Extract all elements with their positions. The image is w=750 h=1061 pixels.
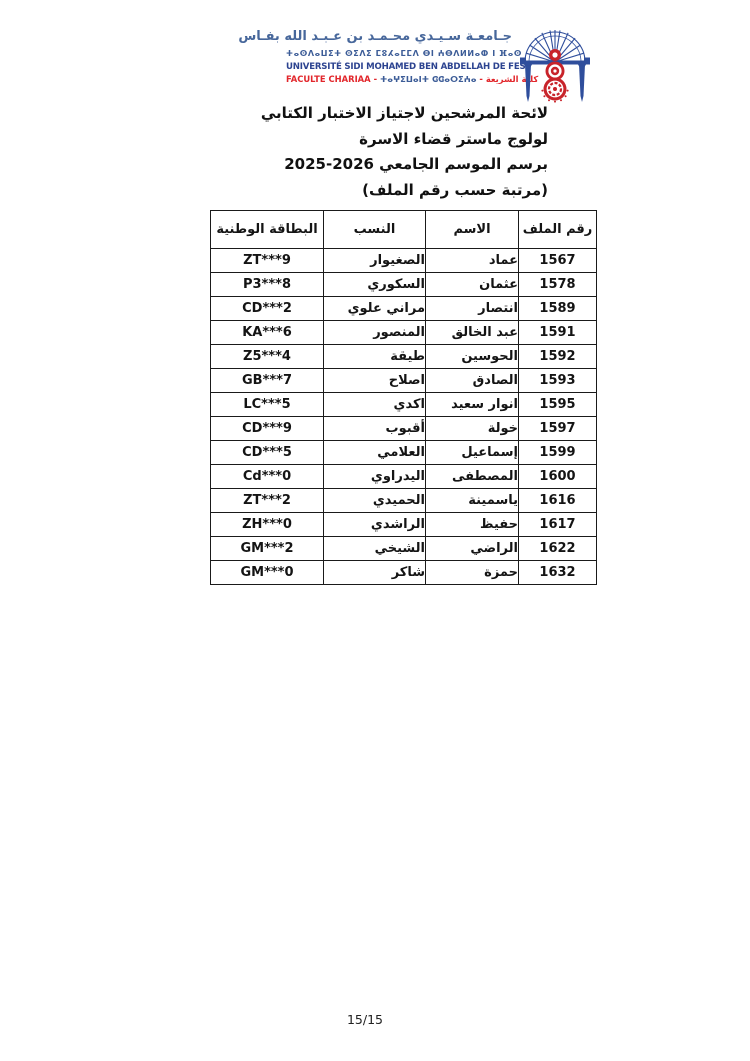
first-name-cell: المصطفى [426,465,519,489]
first-name-cell: الصادق [426,369,519,393]
national-id-cell: LC***5 [211,393,324,417]
last-name-cell: مراني علوي [324,297,426,321]
title-line-2: لولوج ماستر قضاء الاسرة [261,127,548,153]
university-name-french: UNIVERSITÉ SIDI MOHAMED BEN ABDELLAH DE … [286,62,512,73]
document-title-block: لائحة المرشحين لاجتياز الاختبار الكتابي … [261,101,548,204]
table-row: 1578عثمانالسكوريP3***8 [211,273,597,297]
table-header-row: رقم الملف الاسم النسب البطاقة الوطنية [211,211,597,249]
file-number-cell: 1616 [519,489,597,513]
file-number-cell: 1578 [519,273,597,297]
table-row: 1593الصادقاصلاحGB***7 [211,369,597,393]
national-id-cell: GM***2 [211,537,324,561]
first-name-cell: حمزة [426,561,519,585]
last-name-cell: السكوري [324,273,426,297]
first-name-cell: الحوسين [426,345,519,369]
file-number-cell: 1622 [519,537,597,561]
university-emblem-icon [516,26,594,104]
document-page: جـامعـة سـيـدي محـمـد بن عـبـد الله بفـا… [0,0,750,1061]
university-logo [516,26,594,104]
file-number-cell: 1593 [519,369,597,393]
file-number-cell: 1597 [519,417,597,441]
first-name-cell: إسماعيل [426,441,519,465]
title-line-4: (مرتبة حسب رقم الملف) [261,178,548,204]
university-name-tifinagh: ⵜⴰⵙⴷⴰⵡⵉⵜ ⵙⵉⴷⵉ ⵎⵓⵃⴰⵎⵎⴷ ⴱⵏ ⵄⴱⴷⵍⵍⴰⵀ ⵏ ⴼⴰⵙ [286,49,512,59]
national-id-cell: ZH***0 [211,513,324,537]
table-row: 1617حفيظالراشديZH***0 [211,513,597,537]
national-id-cell: CD***5 [211,441,324,465]
first-name-cell: انتصار [426,297,519,321]
last-name-cell: الصغيوار [324,249,426,273]
first-name-cell: خولة [426,417,519,441]
title-line-3: برسم الموسم الجامعي 2026-2025 [261,152,548,178]
table-row: 1597خولةأقبوبCD***9 [211,417,597,441]
file-number-cell: 1567 [519,249,597,273]
first-name-cell: عثمان [426,273,519,297]
last-name-cell: المنصور [324,321,426,345]
header-last-name: النسب [324,211,426,249]
last-name-cell: الراشدي [324,513,426,537]
table-row: 1616ياسمينةالحميديZT***2 [211,489,597,513]
national-id-cell: Z5***4 [211,345,324,369]
table-row: 1595انوار سعيداكديLC***5 [211,393,597,417]
file-number-cell: 1599 [519,441,597,465]
national-id-cell: CD***2 [211,297,324,321]
last-name-cell: طيقة [324,345,426,369]
national-id-cell: KA***6 [211,321,324,345]
last-name-cell: اليدراوي [324,465,426,489]
first-name-cell: عبد الخالق [426,321,519,345]
title-line-1: لائحة المرشحين لاجتياز الاختبار الكتابي [261,101,548,127]
file-number-cell: 1592 [519,345,597,369]
faculty-name-tifinagh: ⵜⴰⵖⵉⵡⴰⵏⵜ ⵛⵛⴰⵔⵉⵄⴰ [380,74,477,84]
candidates-table: رقم الملف الاسم النسب البطاقة الوطنية 15… [210,210,597,585]
file-number-cell: 1589 [519,297,597,321]
table-row: 1622الراضيالشيخيGM***2 [211,537,597,561]
last-name-cell: العلامي [324,441,426,465]
file-number-cell: 1600 [519,465,597,489]
first-name-cell: ياسمينة [426,489,519,513]
letterhead-text: جـامعـة سـيـدي محـمـد بن عـبـد الله بفـا… [286,28,512,85]
faculty-name-line: FACULTE CHARIAA - ⵜⴰⵖⵉⵡⴰⵏⵜ ⵛⵛⴰⵔⵉⵄⴰ - كلي… [286,74,512,85]
national-id-cell: ZT***9 [211,249,324,273]
table-row: 1589انتصارمراني علويCD***2 [211,297,597,321]
table-row: 1567عمادالصغيوارZT***9 [211,249,597,273]
file-number-cell: 1595 [519,393,597,417]
last-name-cell: الحميدي [324,489,426,513]
page-number: 15/15 [0,1012,730,1027]
first-name-cell: حفيظ [426,513,519,537]
header-first-name: الاسم [426,211,519,249]
first-name-cell: انوار سعيد [426,393,519,417]
last-name-cell: أقبوب [324,417,426,441]
file-number-cell: 1632 [519,561,597,585]
last-name-cell: اكدي [324,393,426,417]
faculty-name-french: FACULTE CHARIAA - [286,74,377,84]
national-id-cell: Cd***0 [211,465,324,489]
table-row: 1592الحوسينطيقةZ5***4 [211,345,597,369]
file-number-cell: 1591 [519,321,597,345]
national-id-cell: P3***8 [211,273,324,297]
national-id-cell: ZT***2 [211,489,324,513]
last-name-cell: اصلاح [324,369,426,393]
table-row: 1600المصطفىاليدراويCd***0 [211,465,597,489]
first-name-cell: الراضي [426,537,519,561]
national-id-cell: CD***9 [211,417,324,441]
university-name-arabic: جـامعـة سـيـدي محـمـد بن عـبـد الله بفـا… [286,28,512,45]
table-row: 1591عبد الخالقالمنصورKA***6 [211,321,597,345]
first-name-cell: عماد [426,249,519,273]
table-row: 1632حمزةشاكرGM***0 [211,561,597,585]
header-file-number: رقم الملف [519,211,597,249]
table-row: 1599إسماعيلالعلاميCD***5 [211,441,597,465]
last-name-cell: الشيخي [324,537,426,561]
header-national-id: البطاقة الوطنية [211,211,324,249]
last-name-cell: شاكر [324,561,426,585]
file-number-cell: 1617 [519,513,597,537]
national-id-cell: GM***0 [211,561,324,585]
national-id-cell: GB***7 [211,369,324,393]
